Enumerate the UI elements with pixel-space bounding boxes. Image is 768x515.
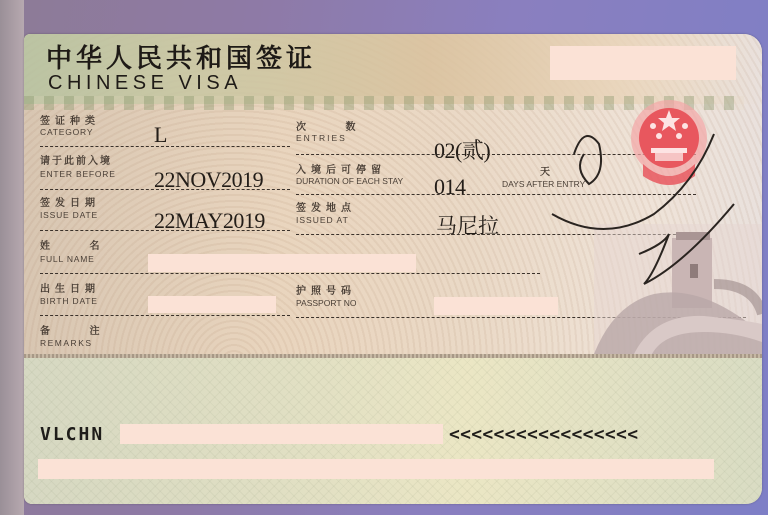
full-name-label-en: FULL NAME [40,254,95,264]
enter-before-label-cn: 请于此前入境 [40,152,112,167]
great-wall-illustration [594,224,762,354]
visa-title-english: CHINESE VISA [48,72,242,95]
remarks-label-en: REMARKS [40,338,93,348]
mrz-line1-filler: <<<<<<<<<<<<<<<<< [449,424,638,445]
duration-value: 014 [434,174,466,200]
duration-unit-en: DAYS AFTER ENTRY [502,179,585,189]
remarks-label-cn: 备 注 [40,322,117,337]
visa-number-redacted [550,46,736,80]
duration-label-cn: 入境后可停留 [296,161,386,176]
entries-label-en: ENTRIES [296,133,347,143]
birth-date-label-cn: 出生日期 [40,280,100,295]
category-dash [40,146,290,147]
category-label-en: CATEGORY [40,127,93,137]
passport-no-label-cn: 护照号码 [296,282,356,297]
issue-date-label-cn: 签发日期 [40,194,100,209]
issue-date-label-en: ISSUE DATE [40,210,98,220]
entries-label-cn: 次 数 [296,118,373,133]
birth-date-dash [40,315,290,316]
page-edge [0,0,24,515]
visa-title-chinese: 中华人民共和国签证 [46,38,316,75]
enter-before-dash [40,189,290,190]
enter-before-label-en: ENTER BEFORE [40,169,116,179]
issue-date-dash [40,230,290,231]
birth-date-redacted [148,296,276,313]
full-name-dash [40,273,540,274]
category-label-cn: 签证种类 [40,112,100,127]
issued-at-value: 马尼拉 [436,210,499,240]
national-emblem-icon [629,96,709,196]
passport-no-label-en: PASSPORT NO [296,298,356,308]
full-name-label-cn: 姓 名 [40,237,117,252]
duration-unit-cn: 天 [540,163,555,178]
mrz-line1-prefix: VLCHN [40,424,104,445]
category-value: L [154,122,167,148]
birth-date-label-en: BIRTH DATE [40,296,98,306]
mrz-line2-redacted [38,459,714,479]
full-name-redacted [148,254,416,272]
mrz-line1-redacted [120,424,443,444]
passport-page: 中华人民共和国签证 CHINESE VISA 签证种类 CATEGORY L 请… [0,0,768,515]
passport-no-redacted [434,297,558,315]
visa-sticker: 中华人民共和国签证 CHINESE VISA 签证种类 CATEGORY L 请… [24,34,762,504]
issued-at-label-en: ISSUED AT [296,215,349,225]
duration-label-en: DURATION OF EACH STAY [296,176,403,186]
entries-value: 02(贰) [434,134,490,165]
issued-at-label-cn: 签发地点 [296,199,356,214]
